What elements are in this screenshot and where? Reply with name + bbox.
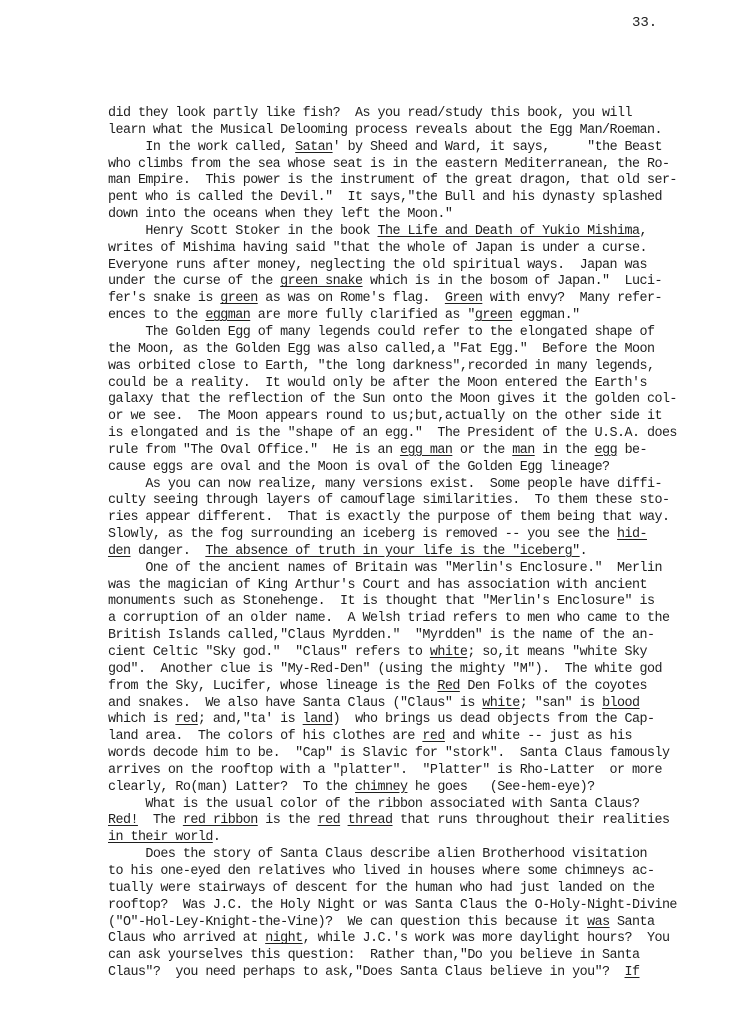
underlined-text: If <box>625 965 640 980</box>
text-segment: galaxy that the reflection of the Sun on… <box>108 392 677 407</box>
underlined-text: Red! <box>108 813 138 828</box>
text-line: ries appear different. That is exactly t… <box>108 510 668 527</box>
text-segment: What is the usual color of the ribbon as… <box>108 797 640 812</box>
text-segment: . <box>213 830 221 845</box>
text-segment: The <box>138 813 183 828</box>
text-line: tually were stairways of descent for the… <box>108 881 668 898</box>
underlined-text: egg <box>595 443 617 458</box>
text-line: a corruption of an older name. A Welsh t… <box>108 611 668 628</box>
underlined-text: The absence of truth in your life is the… <box>205 544 579 559</box>
text-segment: man Empire. This power is the instrument… <box>108 173 677 188</box>
text-segment: Den Folks of the coyotes <box>460 679 647 694</box>
underlined-text: red <box>175 712 197 727</box>
text-segment: was the magician of King Arthur's Court … <box>108 578 647 593</box>
text-line: rooftop? Was J.C. the Holy Night or was … <box>108 898 668 915</box>
text-segment: which is in the bosom of Japan." Luci- <box>363 274 662 289</box>
text-segment: can ask yourselves this question: Rather… <box>108 948 640 963</box>
underlined-text: blood <box>602 696 639 711</box>
text-segment: from the Sky, Lucifer, whose lineage is … <box>108 679 437 694</box>
text-line: Does the story of Santa Claus describe a… <box>108 847 668 864</box>
text-line: Henry Scott Stoker in the book The Life … <box>108 224 668 241</box>
text-segment: which is <box>108 712 175 727</box>
text-line: was orbited close to Earth, "the long da… <box>108 359 668 376</box>
text-segment: arrives on the rooftop with a "platter".… <box>108 763 662 778</box>
text-line: under the curse of the green snake which… <box>108 274 668 291</box>
underlined-text: green <box>220 291 257 306</box>
text-segment: as was on Rome's flag. <box>258 291 445 306</box>
text-segment: land area. The colors of his clothes are <box>108 729 422 744</box>
text-segment: As you can now realize, many versions ex… <box>108 477 662 492</box>
underlined-text: chimney <box>355 780 407 795</box>
text-segment: Henry Scott Stoker in the book <box>108 224 378 239</box>
text-line: pent who is called the Devil." It says,"… <box>108 190 668 207</box>
text-line: Claus"? you need perhaps to ask,"Does Sa… <box>108 965 668 982</box>
text-segment: ; and,"ta' is <box>198 712 303 727</box>
text-segment: cause eggs are oval and the Moon is oval… <box>108 460 610 475</box>
underlined-text: egg man <box>400 443 452 458</box>
text-line: galaxy that the reflection of the Sun on… <box>108 392 668 409</box>
text-line: who climbs from the sea whose seat is in… <box>108 157 668 174</box>
text-segment: and white -- just as his <box>445 729 632 744</box>
text-segment: Slowly, as the fog surrounding an iceber… <box>108 527 617 542</box>
text-segment: One of the ancient names of Britain was … <box>108 561 662 576</box>
text-segment: did they look partly like fish? As you r… <box>108 106 632 121</box>
text-line: was the magician of King Arthur's Court … <box>108 578 668 595</box>
underlined-text: was <box>587 915 609 930</box>
text-segment: ("O"-Hol-Ley-Knight-the-Vine)? We can qu… <box>108 915 587 930</box>
text-segment: , <box>640 224 648 239</box>
text-segment: a corruption of an older name. A Welsh t… <box>108 611 669 626</box>
text-segment: under the curse of the <box>108 274 280 289</box>
text-line: land area. The colors of his clothes are… <box>108 729 668 746</box>
text-segment: clearly, Ro(man) Latter? To the <box>108 780 355 795</box>
underlined-text: den <box>108 544 130 559</box>
text-line: man Empire. This power is the instrument… <box>108 173 668 190</box>
text-line: ("O"-Hol-Ley-Knight-the-Vine)? We can qu… <box>108 915 668 932</box>
underlined-text: hid- <box>617 527 647 542</box>
underlined-text: land <box>303 712 333 727</box>
underlined-text: man <box>512 443 534 458</box>
text-line: ences to the eggman are more fully clari… <box>108 308 668 325</box>
text-line: to his one-eyed den relatives who lived … <box>108 864 668 881</box>
page-number: 33. <box>632 15 657 31</box>
text-segment: culty seeing through layers of camouflag… <box>108 493 669 508</box>
underlined-text: thread <box>348 813 393 828</box>
text-segment: Claus"? you need perhaps to ask,"Does Sa… <box>108 965 625 980</box>
text-segment: that runs throughout their realities <box>393 813 670 828</box>
underlined-text: white <box>482 696 519 711</box>
text-segment: Santa <box>610 915 655 930</box>
text-segment: eggman." <box>512 308 579 323</box>
text-segment: writes of Mishima having said "that the … <box>108 241 647 256</box>
text-line: which is red; and,"ta' is land) who brin… <box>108 712 668 729</box>
text-segment: to his one-eyed den relatives who lived … <box>108 864 654 879</box>
text-segment: , while J.C.'s work was more daylight ho… <box>303 931 670 946</box>
underlined-text: green snake <box>280 274 362 289</box>
text-line: Red! The red ribbon is the red thread th… <box>108 813 668 830</box>
text-segment: ; so,it means "white Sky <box>467 645 647 660</box>
text-segment: cient Celtic "Sky god." "Claus" refers t… <box>108 645 430 660</box>
text-line: arrives on the rooftop with a "platter".… <box>108 763 668 780</box>
text-line: or we see. The Moon appears round to us;… <box>108 409 668 426</box>
text-segment: ries appear different. That is exactly t… <box>108 510 669 525</box>
underlined-text: eggman <box>205 308 250 323</box>
underlined-text: red <box>422 729 444 744</box>
text-segment: ences to the <box>108 308 205 323</box>
text-line: One of the ancient names of Britain was … <box>108 561 668 578</box>
text-segment: ; "san" is <box>520 696 602 711</box>
underlined-text: night <box>265 931 302 946</box>
text-line: from the Sky, Lucifer, whose lineage is … <box>108 679 668 696</box>
text-line: fer's snake is green as was on Rome's fl… <box>108 291 668 308</box>
text-line: rule from "The Oval Office." He is an eg… <box>108 443 668 460</box>
text-segment: In the work called, <box>108 140 295 155</box>
text-segment: rooftop? Was J.C. the Holy Night or was … <box>108 898 677 913</box>
text-segment: the Moon, as the Golden Egg was also cal… <box>108 342 654 357</box>
text-segment: ' by Sheed and Ward, it says, "the Beast <box>333 140 662 155</box>
text-line: can ask yourselves this question: Rather… <box>108 948 668 965</box>
text-segment: was orbited close to Earth, "the long da… <box>108 359 654 374</box>
text-segment: Claus who arrived at <box>108 931 265 946</box>
text-segment: rule from "The Oval Office." He is an <box>108 443 400 458</box>
text-line: is elongated and is the "shape of an egg… <box>108 426 668 443</box>
underlined-text: red ribbon <box>183 813 258 828</box>
text-segment: are more fully clarified as " <box>250 308 475 323</box>
text-line: in their world. <box>108 830 668 847</box>
text-segment: or the <box>452 443 512 458</box>
text-segment: could be a reality. It would only be aft… <box>108 376 647 391</box>
text-line: What is the usual color of the ribbon as… <box>108 797 668 814</box>
text-segment: is elongated and is the "shape of an egg… <box>108 426 677 441</box>
text-segment: be- <box>617 443 647 458</box>
text-segment: ) who brings us dead objects from the Ca… <box>333 712 655 727</box>
text-segment: down into the oceans when they left the … <box>108 207 452 222</box>
text-segment: in the <box>535 443 595 458</box>
text-line: Everyone runs after money, neglecting th… <box>108 258 668 275</box>
text-line: could be a reality. It would only be aft… <box>108 376 668 393</box>
text-segment: Everyone runs after money, neglecting th… <box>108 258 647 273</box>
text-line: British Islands called,"Claus Myrdden." … <box>108 628 668 645</box>
text-segment: learn what the Musical Delooming process… <box>108 123 662 138</box>
text-line: culty seeing through layers of camouflag… <box>108 493 668 510</box>
text-segment: or we see. The Moon appears round to us;… <box>108 409 662 424</box>
text-line: Claus who arrived at night, while J.C.'s… <box>108 931 668 948</box>
text-segment: British Islands called,"Claus Myrdden." … <box>108 628 654 643</box>
text-segment: tually were stairways of descent for the… <box>108 881 654 896</box>
text-segment: words decode him to be. "Cap" is Slavic … <box>108 746 669 761</box>
text-line: learn what the Musical Delooming process… <box>108 123 668 140</box>
text-segment: The Golden Egg of many legends could ref… <box>108 325 654 340</box>
text-line: god". Another clue is "My-Red-Den" (usin… <box>108 662 668 679</box>
text-line: down into the oceans when they left the … <box>108 207 668 224</box>
underlined-text: Green <box>445 291 482 306</box>
text-segment: danger. <box>130 544 205 559</box>
text-line: cause eggs are oval and the Moon is oval… <box>108 460 668 477</box>
underlined-text: Red <box>437 679 459 694</box>
underlined-text: green <box>475 308 512 323</box>
text-segment: and snakes. We also have Santa Claus ("C… <box>108 696 482 711</box>
text-line: the Moon, as the Golden Egg was also cal… <box>108 342 668 359</box>
text-segment: he goes (See-hem-eye)? <box>407 780 594 795</box>
text-line: monuments such as Stonehenge. It is thou… <box>108 594 668 611</box>
body-text: did they look partly like fish? As you r… <box>108 106 668 982</box>
text-line: did they look partly like fish? As you r… <box>108 106 668 123</box>
text-line: Slowly, as the fog surrounding an iceber… <box>108 527 668 544</box>
text-segment <box>340 813 348 828</box>
text-segment: is the <box>258 813 318 828</box>
underlined-text: white <box>430 645 467 660</box>
underlined-text: The Life and Death of Yukio Mishima <box>378 224 640 239</box>
text-line: writes of Mishima having said "that the … <box>108 241 668 258</box>
text-segment: who climbs from the sea whose seat is in… <box>108 157 669 172</box>
text-line: clearly, Ro(man) Latter? To the chimney … <box>108 780 668 797</box>
text-line: The Golden Egg of many legends could ref… <box>108 325 668 342</box>
text-segment: with envy? Many refer- <box>482 291 662 306</box>
underlined-text: in their world <box>108 830 213 845</box>
text-line: In the work called, Satan' by Sheed and … <box>108 140 668 157</box>
text-segment: god". Another clue is "My-Red-Den" (usin… <box>108 662 662 677</box>
text-line: and snakes. We also have Santa Claus ("C… <box>108 696 668 713</box>
text-segment: pent who is called the Devil." It says,"… <box>108 190 662 205</box>
text-segment: monuments such as Stonehenge. It is thou… <box>108 594 654 609</box>
text-line: den danger. The absence of truth in your… <box>108 544 668 561</box>
text-segment: . <box>580 544 588 559</box>
underlined-text: Satan <box>295 140 332 155</box>
text-line: cient Celtic "Sky god." "Claus" refers t… <box>108 645 668 662</box>
text-segment: Does the story of Santa Claus describe a… <box>108 847 647 862</box>
text-line: As you can now realize, many versions ex… <box>108 477 668 494</box>
underlined-text: red <box>318 813 340 828</box>
text-segment: fer's snake is <box>108 291 220 306</box>
text-line: words decode him to be. "Cap" is Slavic … <box>108 746 668 763</box>
